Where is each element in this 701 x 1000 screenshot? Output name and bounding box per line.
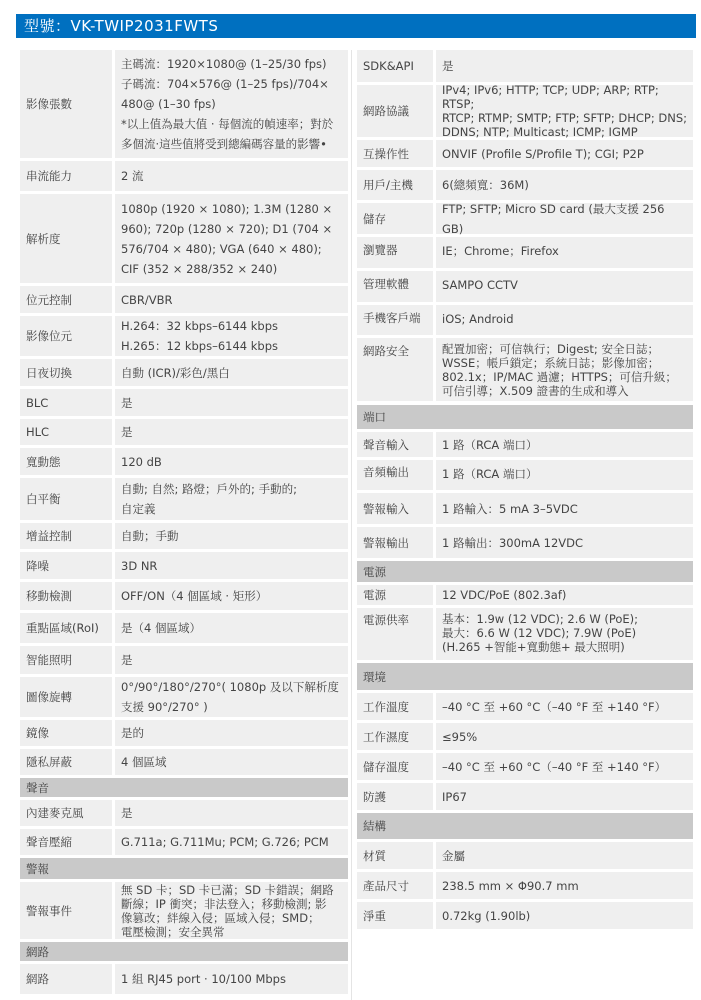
spec-label: 影像位元 xyxy=(20,316,112,356)
spec-row-video-bitrate: 影像位元 H.264：32 kbps–6144 kbps H.265：12 kb… xyxy=(20,316,348,356)
spec-row-motion-detection: 移動檢測 OFF/ON（4 個區域 · 矩形） xyxy=(20,582,348,610)
spec-row-alarm-input: 警報輸入 1 路輸入：5 mA 3–5VDC xyxy=(357,493,693,524)
spec-value: IPv4; IPv6; HTTP; TCP; UDP; ARP; RTP; RT… xyxy=(436,85,693,137)
spec-value: iOS; Android xyxy=(436,305,693,335)
model-title: 型號：VK-TWIP2031FWTS xyxy=(16,14,696,38)
spec-row-day-night: 日夜切換 自動 (ICR)/彩色/黑白 xyxy=(20,359,348,386)
spec-value: 金屬 xyxy=(436,842,693,869)
spec-row-frame-rate: 影像張數 主碼流：1920×1080@ (1–25/30 fps) 子碼流：70… xyxy=(20,50,348,158)
spec-label: 解析度 xyxy=(20,194,112,283)
spec-value: 0.72kg (1.90lb) xyxy=(436,902,693,929)
spec-label: 防護 xyxy=(357,783,433,810)
spec-value: 1 路輸出：300mA 12VDC xyxy=(436,527,693,558)
spec-label: 鏡像 xyxy=(20,720,112,746)
spec-label: 電源供率 xyxy=(357,608,433,660)
spec-table-right: SDK&API 是 網路協議 IPv4; IPv6; HTTP; TCP; UD… xyxy=(357,50,693,932)
spec-row-privacy-mask: 隱私屏蔽 4 個區域 xyxy=(20,749,348,775)
section-header-ports: 端口 xyxy=(357,405,693,429)
spec-row-wdr: 寬動態 120 dB xyxy=(20,448,348,475)
spec-label: 圖像旋轉 xyxy=(20,677,112,717)
spec-label: 管理軟體 xyxy=(357,271,433,302)
spec-row-power-supply: 電源 12 VDC/PoE (802.3af) xyxy=(357,585,693,605)
spec-row-alarm-output: 警報輸出 1 路輸出：300mA 12VDC xyxy=(357,527,693,558)
spec-label: 淨重 xyxy=(357,902,433,929)
spec-table-left: 影像張數 主碼流：1920×1080@ (1–25/30 fps) 子碼流：70… xyxy=(20,50,348,997)
spec-value: 1 路（RCA 端口） xyxy=(436,432,693,457)
section-header-power: 電源 xyxy=(357,561,693,582)
spec-value: 12 VDC/PoE (802.3af) xyxy=(436,585,693,605)
spec-label: 智能照明 xyxy=(20,646,112,674)
spec-label: 瀏覽器 xyxy=(357,237,433,268)
spec-label: 警報輸出 xyxy=(357,527,433,558)
spec-label: SDK&API xyxy=(357,50,433,82)
section-header-environment: 環境 xyxy=(357,663,693,690)
spec-label: 產品尺寸 xyxy=(357,872,433,899)
spec-value: 是 xyxy=(115,646,348,674)
spec-label: 增益控制 xyxy=(20,523,112,549)
spec-label: 聲音壓縮 xyxy=(20,829,112,855)
spec-label: 儲存 xyxy=(357,203,433,234)
spec-label: 降噪 xyxy=(20,552,112,579)
spec-label: 互操作性 xyxy=(357,140,433,167)
spec-label: HLC xyxy=(20,419,112,445)
spec-row-noise-reduction: 降噪 3D NR xyxy=(20,552,348,579)
spec-value: 1 組 RJ45 port · 10/100 Mbps xyxy=(115,964,348,994)
spec-row-storage-temp: 儲存溫度 –40 °C 至 +60 °C（–40 °F 至 +140 °F） xyxy=(357,753,693,780)
spec-label: 用戶/主機 xyxy=(357,170,433,200)
spec-row-roi: 重點區域(RoI) 是（4 個區域） xyxy=(20,613,348,643)
spec-value: 2 流 xyxy=(115,161,348,191)
spec-value: 6(總頻寬：36M) xyxy=(436,170,693,200)
spec-label: 警報事件 xyxy=(20,882,112,939)
spec-value: ≤95% xyxy=(436,723,693,750)
spec-row-hlc: HLC 是 xyxy=(20,419,348,445)
spec-row-gain: 增益控制 自動；手動 xyxy=(20,523,348,549)
spec-label: 儲存溫度 xyxy=(357,753,433,780)
spec-row-sdk-api: SDK&API 是 xyxy=(357,50,693,82)
spec-value: CBR/VBR xyxy=(115,286,348,313)
spec-label: 影像張數 xyxy=(20,50,112,158)
spec-row-net-weight: 淨重 0.72kg (1.90lb) xyxy=(357,902,693,929)
spec-value: FTP; SFTP; Micro SD card (最大支援 256 GB) xyxy=(436,203,693,234)
spec-row-dimensions: 產品尺寸 238.5 mm × Φ90.7 mm xyxy=(357,872,693,899)
spec-row-resolution: 解析度 1080p (1920 × 1080); 1.3M (1280 × 96… xyxy=(20,194,348,283)
spec-label: 移動檢測 xyxy=(20,582,112,610)
spec-value: 無 SD 卡；SD 卡已滿；SD 卡錯誤；網路 斷線；IP 衝突；非法登入；移動… xyxy=(115,882,348,939)
spec-label: 工作濕度 xyxy=(357,723,433,750)
spec-value: 是 xyxy=(115,389,348,416)
spec-label: 材質 xyxy=(357,842,433,869)
spec-label: 隱私屏蔽 xyxy=(20,749,112,775)
section-header-alarm: 警報 xyxy=(20,858,348,879)
spec-value: 238.5 mm × Φ90.7 mm xyxy=(436,872,693,899)
spec-row-streams: 串流能力 2 流 xyxy=(20,161,348,191)
spec-row-cyber-security: 網路安全 配置加密；可信執行；Digest; 安全日誌； WSSE；帳戶鎖定；系… xyxy=(357,338,693,401)
spec-value: 120 dB xyxy=(115,448,348,475)
spec-label: 手機客戶端 xyxy=(357,305,433,335)
spec-value: 自動；手動 xyxy=(115,523,348,549)
spec-value: 主碼流：1920×1080@ (1–25/30 fps) 子碼流：704×576… xyxy=(115,50,348,158)
spec-value: ONVIF (Profile S/Profile T); CGI; P2P xyxy=(436,140,693,167)
spec-label: 聲音輸入 xyxy=(357,432,433,457)
spec-label: 工作溫度 xyxy=(357,693,433,720)
spec-label: 寬動態 xyxy=(20,448,112,475)
spec-label: 電源 xyxy=(357,585,433,605)
spec-label: 重點區域(RoI) xyxy=(20,613,112,643)
spec-row-white-balance: 白平衡 自動; 自然; 路燈；戶外的; 手動的; 自定義 xyxy=(20,478,348,520)
spec-value: 是（4 個區域） xyxy=(115,613,348,643)
spec-value: 1 路輸入：5 mA 3–5VDC xyxy=(436,493,693,524)
section-header-audio: 聲音 xyxy=(20,778,348,797)
spec-value: G.711a; G.711Mu; PCM; G.726; PCM xyxy=(115,829,348,855)
spec-value: 是 xyxy=(115,419,348,445)
spec-value: H.264：32 kbps–6144 kbps H.265：12 kbps–61… xyxy=(115,316,348,356)
spec-row-operating-humidity: 工作濕度 ≤95% xyxy=(357,723,693,750)
spec-row-audio-output: 音頻輸出 1 路（RCA 端口） xyxy=(357,460,693,490)
spec-row-users: 用戶/主機 6(總頻寬：36M) xyxy=(357,170,693,200)
spec-row-audio-compression: 聲音壓縮 G.711a; G.711Mu; PCM; G.726; PCM xyxy=(20,829,348,855)
spec-value: 0°/90°/180°/270°( 1080p 及以下解析度 支援 90°/27… xyxy=(115,677,348,717)
spec-value: OFF/ON（4 個區域 · 矩形） xyxy=(115,582,348,610)
spec-value: 是 xyxy=(115,800,348,826)
spec-value: –40 °C 至 +60 °C（–40 °F 至 +140 °F） xyxy=(436,693,693,720)
spec-value: 1 路（RCA 端口） xyxy=(436,460,693,490)
spec-label: 白平衡 xyxy=(20,478,112,520)
spec-value: 3D NR xyxy=(115,552,348,579)
spec-label: BLC xyxy=(20,389,112,416)
spec-value: 自動 (ICR)/彩色/黑白 xyxy=(115,359,348,386)
spec-row-power-consumption: 電源供率 基本：1.9w (12 VDC); 2.6 W (PoE); 最大：6… xyxy=(357,608,693,660)
spec-row-network-port: 網路 1 組 RJ45 port · 10/100 Mbps xyxy=(20,964,348,994)
spec-value: 是 xyxy=(436,50,693,82)
spec-label: 串流能力 xyxy=(20,161,112,191)
spec-value: 4 個區域 xyxy=(115,749,348,775)
spec-label: 警報輸入 xyxy=(357,493,433,524)
spec-label: 網路安全 xyxy=(357,338,433,401)
spec-row-material: 材質 金屬 xyxy=(357,842,693,869)
spec-row-storage: 儲存 FTP; SFTP; Micro SD card (最大支援 256 GB… xyxy=(357,203,693,234)
spec-row-smart-ir: 智能照明 是 xyxy=(20,646,348,674)
spec-value: 是的 xyxy=(115,720,348,746)
spec-row-protection: 防護 IP67 xyxy=(357,783,693,810)
spec-value: SAMPO CCTV xyxy=(436,271,693,302)
spec-row-alarm-events: 警報事件 無 SD 卡；SD 卡已滿；SD 卡錯誤；網路 斷線；IP 衝突；非法… xyxy=(20,882,348,939)
spec-label: 網路 xyxy=(20,964,112,994)
spec-label: 日夜切換 xyxy=(20,359,112,386)
spec-row-bitrate-control: 位元控制 CBR/VBR xyxy=(20,286,348,313)
spec-row-mobile-client: 手機客戶端 iOS; Android xyxy=(357,305,693,335)
spec-row-management-software: 管理軟體 SAMPO CCTV xyxy=(357,271,693,302)
spec-value: 自動; 自然; 路燈；戶外的; 手動的; 自定義 xyxy=(115,478,348,520)
spec-row-mirror: 鏡像 是的 xyxy=(20,720,348,746)
spec-value: 基本：1.9w (12 VDC); 2.6 W (PoE); 最大：6.6 W … xyxy=(436,608,693,660)
spec-value: IE；Chrome；Firefox xyxy=(436,237,693,268)
spec-row-blc: BLC 是 xyxy=(20,389,348,416)
spec-row-browser: 瀏覽器 IE；Chrome；Firefox xyxy=(357,237,693,268)
spec-row-audio-input: 聲音輸入 1 路（RCA 端口） xyxy=(357,432,693,457)
spec-label: 位元控制 xyxy=(20,286,112,313)
spec-value: –40 °C 至 +60 °C（–40 °F 至 +140 °F） xyxy=(436,753,693,780)
spec-row-built-in-mic: 內建麥克風 是 xyxy=(20,800,348,826)
spec-value: 配置加密；可信執行；Digest; 安全日誌； WSSE；帳戶鎖定；系統日誌；影… xyxy=(436,338,693,401)
spec-label: 內建麥克風 xyxy=(20,800,112,826)
spec-value: IP67 xyxy=(436,783,693,810)
spec-value: 1080p (1920 × 1080); 1.3M (1280 × 960); … xyxy=(115,194,348,283)
section-header-construction: 結構 xyxy=(357,813,693,839)
spec-row-rotation: 圖像旋轉 0°/90°/180°/270°( 1080p 及以下解析度 支援 9… xyxy=(20,677,348,717)
spec-label: 網路協議 xyxy=(357,85,433,137)
spec-row-interoperability: 互操作性 ONVIF (Profile S/Profile T); CGI; P… xyxy=(357,140,693,167)
spec-row-operating-temp: 工作溫度 –40 °C 至 +60 °C（–40 °F 至 +140 °F） xyxy=(357,693,693,720)
section-header-network: 網路 xyxy=(20,942,348,961)
spec-row-network-protocols: 網路協議 IPv4; IPv6; HTTP; TCP; UDP; ARP; RT… xyxy=(357,85,693,137)
spec-label: 音頻輸出 xyxy=(357,460,433,490)
